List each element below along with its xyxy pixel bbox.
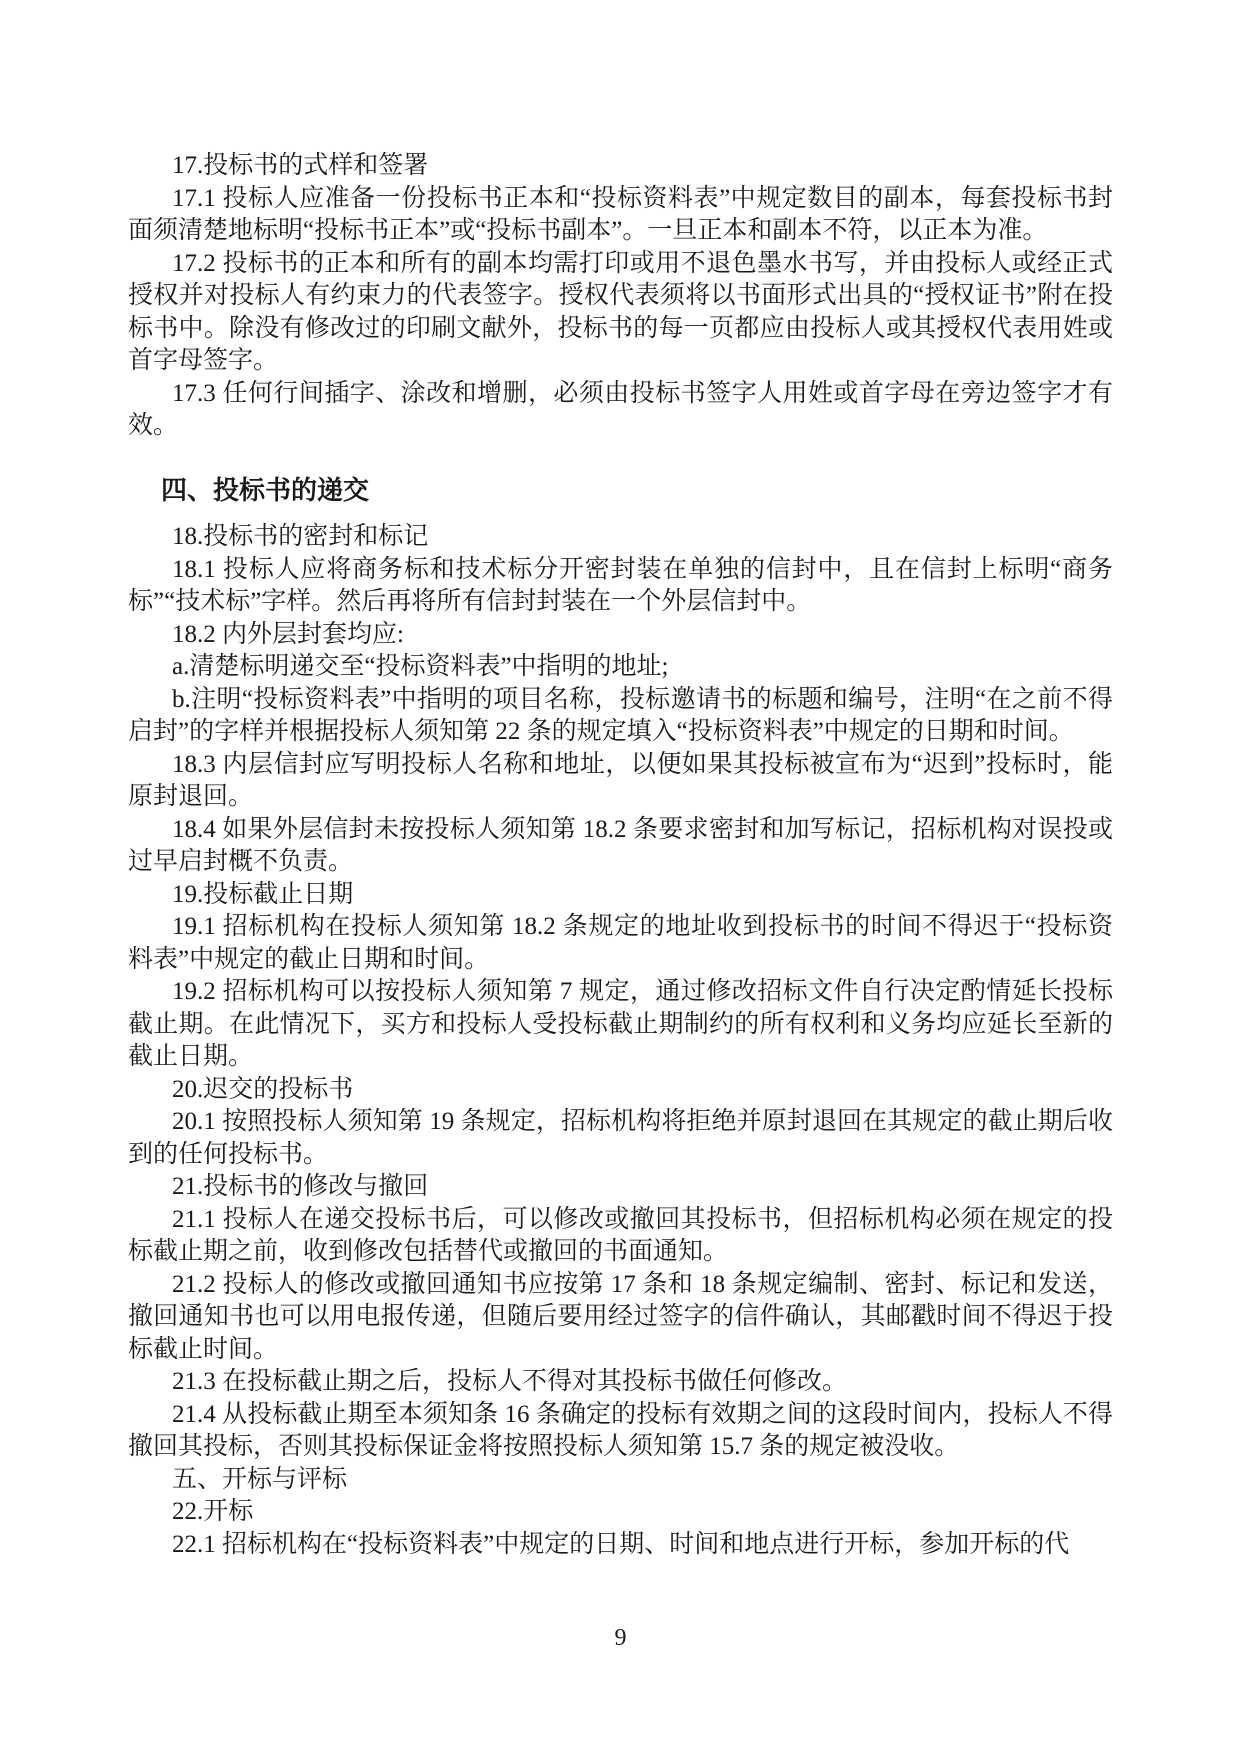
paragraph: 22.开标 (128, 1496, 1113, 1529)
paragraph: 20.1 按照投标人须知第 19 条规定，招标机构将拒绝并原封退回在其规定的截止… (128, 1106, 1113, 1171)
paragraph: 18.3 内层信封应写明投标人名称和地址，以便如果其投标被宣布为“迟到”投标时，… (128, 749, 1113, 814)
paragraph: 21.1 投标人在递交投标书后，可以修改或撤回其投标书，但招标机构必须在规定的投… (128, 1204, 1113, 1269)
paragraph: 21.2 投标人的修改或撤回通知书应按第 17 条和 18 条规定编制、密封、标… (128, 1269, 1113, 1367)
paragraph: 21.4 从投标截止期至本须知条 16 条确定的投标有效期之间的这段时间内，投标… (128, 1399, 1113, 1464)
paragraph: 18.投标书的密封和标记 (128, 521, 1113, 554)
paragraph: 20.迟交的投标书 (128, 1074, 1113, 1107)
section-heading: 四、投标书的递交 (128, 475, 1113, 508)
paragraph: 18.2 内外层封套均应: (128, 619, 1113, 652)
paragraph: 19.投标截止日期 (128, 879, 1113, 912)
paragraph: 21.3 在投标截止期之后，投标人不得对其投标书做任何修改。 (128, 1366, 1113, 1399)
document-body: 17.投标书的式样和签署17.1 投标人应准备一份投标书正本和“投标资料表”中规… (128, 150, 1113, 1561)
page-number: 9 (0, 1622, 1241, 1654)
paragraph: a.清楚标明递交至“投标资料表”中指明的地址; (128, 651, 1113, 684)
paragraph: b.注明“投标资料表”中指明的项目名称，投标邀请书的标题和编号，注明“在之前不得… (128, 684, 1113, 749)
paragraph: 22.1 招标机构在“投标资料表”中规定的日期、时间和地点进行开标，参加开标的代 (128, 1529, 1113, 1562)
paragraph: 17.1 投标人应准备一份投标书正本和“投标资料表”中规定数目的副本，每套投标书… (128, 183, 1113, 248)
paragraph: 五、开标与评标 (128, 1464, 1113, 1497)
paragraph: 18.1 投标人应将商务标和技术标分开密封装在单独的信封中，且在信封上标明“商务… (128, 554, 1113, 619)
paragraph: 21.投标书的修改与撤回 (128, 1171, 1113, 1204)
paragraph: 18.4 如果外层信封未按投标人须知第 18.2 条要求密封和加写标记，招标机构… (128, 814, 1113, 879)
paragraph: 17.2 投标书的正本和所有的副本均需打印或用不退色墨水书写，并由投标人或经正式… (128, 248, 1113, 378)
document-page: 17.投标书的式样和签署17.1 投标人应准备一份投标书正本和“投标资料表”中规… (0, 0, 1241, 1754)
paragraph: 19.2 招标机构可以按投标人须知第 7 规定，通过修改招标文件自行决定酌情延长… (128, 976, 1113, 1074)
paragraph: 19.1 招标机构在投标人须知第 18.2 条规定的地址收到投标书的时间不得迟于… (128, 911, 1113, 976)
paragraph: 17.3 任何行间插字、涂改和增删，必须由投标书签字人用姓或首字母在旁边签字才有… (128, 378, 1113, 443)
paragraph: 17.投标书的式样和签署 (128, 150, 1113, 183)
